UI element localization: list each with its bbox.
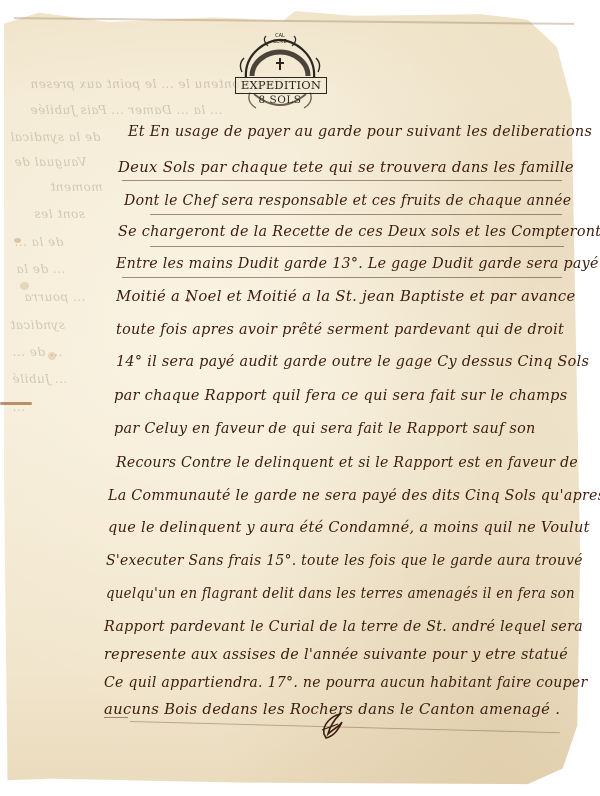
manuscript-line: Se chargeront de la Recette de ces Deux … <box>118 224 600 240</box>
manuscript-line: Moitié a Noel et Moitié a la St. jean Ba… <box>116 289 576 305</box>
manuscript-line: Dont le Chef sera responsable et ces fru… <box>124 193 571 209</box>
manuscript-line: Entre les mains Dudit garde 13°. Le gage… <box>116 256 599 272</box>
manuscript-line: toute fois apres avoir prêté serment par… <box>116 322 564 338</box>
underline-rule <box>122 277 562 278</box>
document-page: Vous Contenu le ... le point aux presen … <box>0 0 600 796</box>
manuscript-line: par Celuy en faveur de qui sera fait le … <box>114 421 536 437</box>
manuscript-line: Et En usage de payer au garde pour suiva… <box>128 124 592 140</box>
underline-rule <box>150 246 564 247</box>
underline-rule <box>150 214 562 215</box>
manuscript-line: Recours Contre le delinquent et si le Ra… <box>116 455 578 471</box>
paraph-flourish-icon <box>318 712 348 740</box>
manuscript-line: La Communauté le garde ne sera payé des … <box>108 488 600 504</box>
manuscript-line: S'executer Sans frais 15°. toute les foi… <box>106 553 583 569</box>
closing-rule <box>104 717 128 718</box>
manuscript-line: quelqu'un en flagrant delit dans les ter… <box>106 586 575 602</box>
manuscript-line: 14° il sera payé audit garde outre le ga… <box>116 354 589 370</box>
manuscript-line: Ce quil appartiendra. 17°. ne pourra auc… <box>104 675 587 691</box>
underline-rule <box>122 180 562 181</box>
manuscript-line: par chaque Rapport quil fera ce qui sera… <box>114 388 567 404</box>
manuscript-line: represente aux assises de l'année suivan… <box>104 647 568 663</box>
manuscript-line: Rapport pardevant le Curial de la terre … <box>104 619 583 635</box>
manuscript-line: Deux Sols par chaque tete qui se trouver… <box>118 160 574 176</box>
manuscript-line: que le delinquent y aura été Condamné, a… <box>108 520 590 536</box>
manuscript-body: Et En usage de payer au garde pour suiva… <box>0 0 600 796</box>
